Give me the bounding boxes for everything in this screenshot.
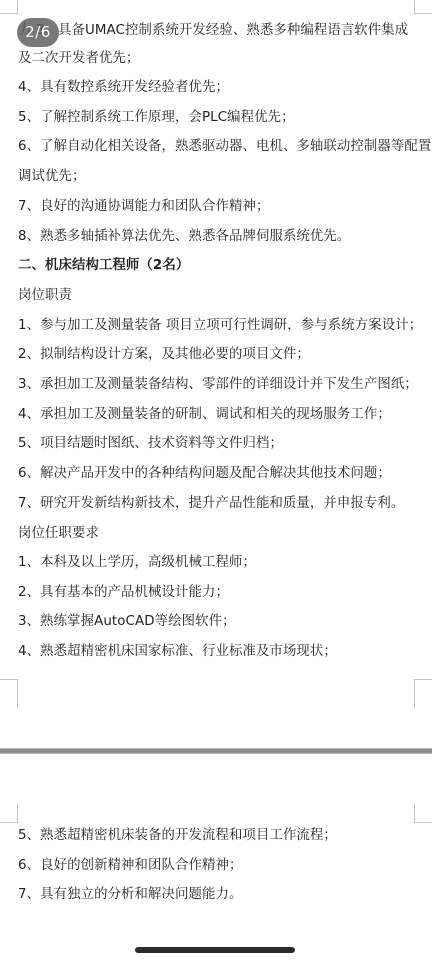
- crop-mark-top-right-h: [414, 822, 432, 823]
- text-line: 6、解决产品开发中的各种结构问题及配合解决其他技术问题；: [18, 464, 422, 484]
- text-line: 5、熟悉超精密机床装备的开发流程和项目工作流程；: [18, 826, 422, 846]
- subsection-label: 岗位职责: [18, 286, 422, 306]
- text-line: 5、项目结题时图纸、技术资料等文件归档；: [18, 434, 422, 454]
- text-line: 7、具有独立的分析和解决问题能力。: [18, 885, 422, 905]
- crop-mark-bottom-right-v: [414, 679, 415, 708]
- text-line: 4、承担加工及测量装备的研制、调试和相关的现场服务工作；: [18, 405, 422, 425]
- text-line: 6、良好的创新精神和团队合作精神；: [18, 856, 422, 876]
- text-line: 1、参与加工及测量装备 项目立项可行性调研，参与系统方案设计；: [18, 316, 422, 336]
- document-page-top[interactable]: 力 3、具备UMAC控制系统开发经验、熟悉多种编程语言软件集成 及二次开发者优先…: [0, 0, 432, 748]
- crop-mark-bottom-left-v: [17, 679, 18, 708]
- crop-mark-bottom-left-h: [0, 679, 18, 680]
- text-line: 2、具有基本的产品机械设计能力；: [18, 583, 422, 603]
- subsection-label: 岗位任职要求: [18, 524, 422, 544]
- text-line: 及二次开发者优先；: [18, 49, 422, 69]
- section-heading: 二、机床结构工程师（2名）: [18, 256, 422, 276]
- crop-mark-top-right-h: [414, 13, 432, 14]
- text-line: 4、熟悉超精密机床国家标准、行业标准及市场现状；: [18, 642, 422, 662]
- text-line: 力 3、具备UMAC控制系统开发经验、熟悉多种编程语言软件集成: [18, 21, 422, 41]
- text-line: 4、具有数控系统开发经验者优先；: [18, 78, 422, 98]
- page-indicator-badge: 2/6: [17, 18, 59, 47]
- crop-mark-top-right-v: [414, 804, 415, 823]
- text-line: 6、了解自动化相关设备，熟悉驱动器、电机、多轴联动控制器等配置: [18, 137, 422, 157]
- crop-mark-bottom-right-h: [414, 679, 432, 680]
- crop-mark-top-left-v: [17, 0, 18, 14]
- text-line: 3、熟练掌握AutoCAD等绘图软件；: [18, 612, 422, 632]
- text-line: 调试优先；: [18, 167, 422, 187]
- text-line: 1、本科及以上学历，高级机械工程师；: [18, 553, 422, 573]
- crop-mark-top-left-h: [0, 13, 18, 14]
- text-line: 3、承担加工及测量装备结构、零部件的详细设计并下发生产图纸；: [18, 375, 422, 395]
- text-line: 5、了解控制系统工作原理，会PLC编程优先；: [18, 108, 422, 128]
- text-line: 2、拟制结构设计方案，及其他必要的项目文件；: [18, 345, 422, 365]
- crop-mark-top-left-v: [17, 804, 18, 823]
- crop-mark-top-right-v: [414, 0, 415, 14]
- text-line: 7、研究开发新结构新技术，提升产品性能和质量，并申报专利。: [18, 494, 422, 514]
- text-line: 8、熟悉多轴插补算法优先、熟悉各品牌伺服系统优先。: [18, 227, 422, 247]
- home-indicator[interactable]: [135, 947, 295, 953]
- crop-mark-top-left-h: [0, 822, 18, 823]
- text-line: 7、良好的沟通协调能力和团队合作精神；: [18, 197, 422, 217]
- document-page-bottom[interactable]: 5、熟悉超精密机床装备的开发流程和项目工作流程； 6、良好的创新精神和团队合作精…: [0, 754, 432, 960]
